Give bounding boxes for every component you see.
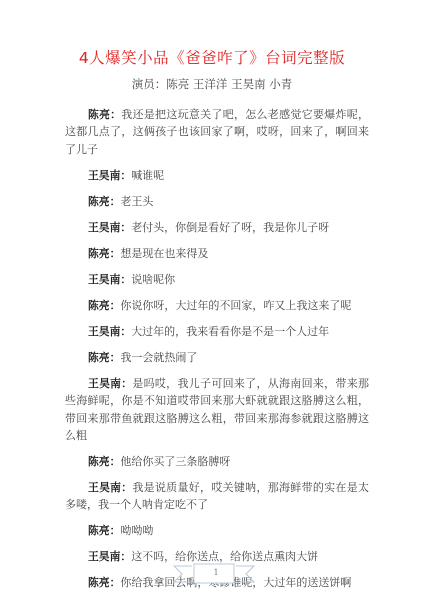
dialogue-line: 陈亮：我一会就热闹了: [65, 349, 369, 366]
dialogue-text: 呦呦呦: [120, 524, 153, 537]
dialogue-text: 老王头: [120, 195, 153, 208]
dialogue-line: 陈亮：老王头: [65, 193, 369, 210]
dialogue-line: 王昊南：大过年的，我来看看你是不是一个人过年: [65, 323, 369, 340]
dialogue-text: 老付头，你倒是看好了呀，我是你儿子呀: [131, 221, 329, 234]
speaker-name: 王昊南：: [88, 377, 132, 390]
speaker-name: 王昊南：: [88, 221, 131, 234]
dialogue-line: 王昊南：喊谁呢: [65, 167, 369, 184]
dialogue-text: 这不吗，给你送点，给你送点熏肉大饼: [131, 550, 318, 563]
speaker-name: 陈亮：: [88, 108, 121, 121]
speaker-name: 陈亮：: [88, 247, 120, 260]
script-body: 陈亮：我还是把这玩意关了吧，怎么老感觉它要爆炸呢，这都几点了，这俩孩子也该回家了…: [65, 106, 369, 600]
page-number: 1: [206, 568, 226, 577]
dialogue-line: 王昊南：是吗哎，我儿子可回来了，从海南回来，带来那些海鲜呢，你是不知道哎带回来那…: [65, 375, 369, 445]
speaker-name: 陈亮：: [88, 524, 120, 537]
cast-list: 演员：陈亮 王洋洋 王昊南 小青: [0, 76, 424, 92]
dialogue-text: 大过年的，我来看看你是不是一个人过年: [131, 325, 329, 338]
dialogue-text: 我一会就热闹了: [120, 351, 197, 364]
dialogue-text: 你说你呀，大过年的不回家，咋又上我这来了呢: [120, 299, 351, 312]
speaker-name: 陈亮：: [88, 455, 120, 468]
speaker-name: 陈亮：: [88, 351, 120, 364]
document-title: 4人爆笑小品《爸爸咋了》台词完整版: [0, 46, 424, 68]
dialogue-line: 陈亮：呦呦呦: [65, 522, 369, 539]
speaker-name: 陈亮：: [88, 299, 120, 312]
speaker-name: 陈亮：: [88, 195, 120, 208]
speaker-name: 王昊南：: [88, 325, 131, 338]
dialogue-line: 陈亮：他给你买了三条胳膊呀: [65, 453, 369, 470]
dialogue-line: 陈亮：你说你呀，大过年的不回家，咋又上我这来了呢: [65, 297, 369, 314]
dialogue-text: 想是现在也来得及: [120, 247, 208, 260]
dialogue-line: 陈亮：我还是把这玩意关了吧，怎么老感觉它要爆炸呢，这都几点了，这俩孩子也该回家了…: [65, 106, 369, 158]
dialogue-line: 王昊南：我是说质量好，哎关键呐，那海鲜带的实在是太多喽，我一个人呐肯定吃不了: [65, 479, 369, 514]
dialogue-line: 王昊南：说啥呢你: [65, 271, 369, 288]
speaker-name: 陈亮：: [88, 576, 120, 589]
speaker-name: 王昊南：: [88, 550, 131, 563]
dialogue-text: 他给你买了三条胳膊呀: [120, 455, 230, 468]
speaker-name: 王昊南：: [88, 481, 132, 494]
dialogue-line: 陈亮：想是现在也来得及: [65, 245, 369, 262]
dialogue-line: 王昊南：老付头，你倒是看好了呀，我是你儿子呀: [65, 219, 369, 236]
speaker-name: 王昊南：: [88, 273, 131, 286]
page-footer-ribbon: 1: [172, 563, 256, 585]
dialogue-text: 喊谁呢: [131, 169, 164, 182]
speaker-name: 王昊南：: [88, 169, 131, 182]
dialogue-text: 说啥呢你: [131, 273, 175, 286]
